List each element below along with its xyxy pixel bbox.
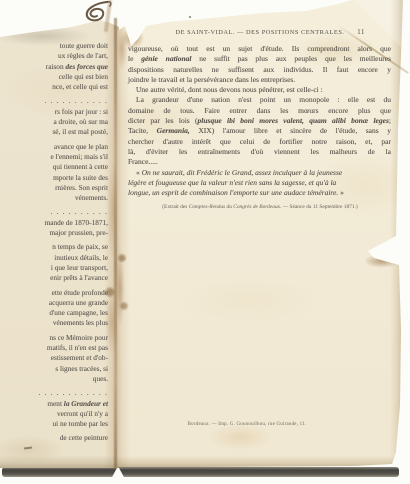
- left-page-line: acquerra une grande: [0, 298, 108, 308]
- body-line: Tacite, Germania, XIX) l'amour libre et …: [128, 126, 391, 136]
- body-line: France.....: [128, 157, 391, 167]
- body-line: vigoureuse, où tout est un sujet d'étude…: [128, 44, 391, 54]
- body-line: La grandeur d'une nation n'est point un …: [128, 95, 391, 105]
- left-page-line: d'une campagne, les: [0, 308, 108, 318]
- left-page-line: ui ne tombe par les: [0, 419, 108, 429]
- body-line: légère et fougueuse que la valeur n'est …: [128, 178, 391, 188]
- left-page-line: . . . . . . . . . . .: [0, 96, 108, 106]
- left-page-line: a droite, où sur ma: [0, 117, 108, 127]
- left-page-line: verront qu'il n'y a: [0, 409, 108, 419]
- body-line: dicter par les lois (plusque ibi boni mo…: [128, 116, 391, 126]
- paper-speck: [189, 16, 191, 18]
- left-page-line: ques.: [0, 374, 108, 384]
- left-page-line: major prussien, pre-: [0, 228, 108, 238]
- page-number: 11: [357, 28, 365, 36]
- body-line: Une autre vérité, dont nous devons nous …: [128, 85, 391, 95]
- body-line: domaine de tous. Faire entrer dans les m…: [128, 106, 391, 116]
- left-page-line: avance que le plan: [0, 142, 108, 152]
- scanned-document-page: toute guerre doitux règles de l'art,rais…: [0, 0, 410, 484]
- body-line: là, d'éviter les entraînements d'où vien…: [128, 147, 391, 157]
- body-text: vigoureuse, où tout est un sujet d'étude…: [128, 44, 391, 198]
- page-bottom-shadow: [2, 467, 399, 477]
- left-page-line: ux règles de l'art,: [0, 51, 108, 61]
- body-line: joindre le travail et la persévérance da…: [128, 75, 391, 85]
- left-page-line: sé, il est mal posté,: [0, 127, 108, 137]
- source-citation: (Extrait des Comptes-Rendus du Congrès d…: [140, 204, 380, 210]
- running-header-title: DE SAINT-VIDAL. — DES POSITIONS CENTRALE…: [176, 29, 345, 36]
- body-line: le génie national ne suffit pas plus aux…: [128, 54, 391, 64]
- left-page-line: n temps de paix, se: [0, 242, 108, 252]
- left-page-line: inutieux détails, le: [0, 253, 108, 263]
- left-page-line: rnières. Son esprit: [0, 183, 108, 193]
- left-page-line: celle qui est bien: [0, 72, 108, 82]
- left-page-line: ment la Grandeur et: [0, 399, 108, 409]
- left-page-line: nce, et celle qui est: [0, 82, 108, 92]
- left-page-line: . . . . . . . . . . . .: [0, 388, 108, 398]
- left-page-line: de cette peinture: [0, 433, 108, 443]
- left-page-line: raison des forces que: [0, 62, 108, 72]
- left-page-line: e l'ennemi; mais s'il: [0, 152, 108, 162]
- left-page-line: vénements les plus: [0, 318, 108, 328]
- left-page-line: . . . . . . . . . .: [0, 207, 108, 217]
- printer-imprint: Bordeaux. — Imp. G. Gounouilhou, rue Gui…: [147, 422, 347, 427]
- left-page-line: mporte la suite des: [0, 173, 108, 183]
- left-page-line: matifs, il n'en est pas: [0, 343, 108, 353]
- left-page-text: toute guerre doitux règles de l'art,rais…: [0, 41, 112, 444]
- body-line: chercher d'autre intérêt que celui de fo…: [128, 137, 391, 147]
- left-page-line: enir prêts à l'avance: [0, 273, 108, 283]
- left-page-line: ette étude profonde: [0, 288, 108, 298]
- left-page-line: vénements.: [0, 193, 108, 203]
- left-page-line: s lignes tracées, si: [0, 364, 108, 374]
- body-line: dispositions naturelles ne suffisent aux…: [128, 65, 391, 75]
- left-page-line: estissement et d'ob-: [0, 353, 108, 363]
- left-page-line: toute guerre doit: [0, 41, 108, 51]
- left-page-line: ns ce Mémoire pour: [0, 333, 108, 343]
- left-page-line: rs fois par jour : si: [0, 107, 108, 117]
- wire-clasp-icon: [76, 0, 114, 26]
- left-page-line: i que leur transport,: [0, 263, 108, 273]
- left-page-line: qui tiennent à cette: [0, 162, 108, 172]
- body-line: « On ne saurait, dit Frédéric le Grand, …: [128, 168, 391, 178]
- page-gutter-fold: [114, 18, 117, 468]
- left-page-line: mande de 1870-1871,: [0, 218, 108, 228]
- running-header: DE SAINT-VIDAL. — DES POSITIONS CENTRALE…: [127, 29, 393, 36]
- body-line: longue, un esprit de combinaison l'empor…: [128, 188, 391, 198]
